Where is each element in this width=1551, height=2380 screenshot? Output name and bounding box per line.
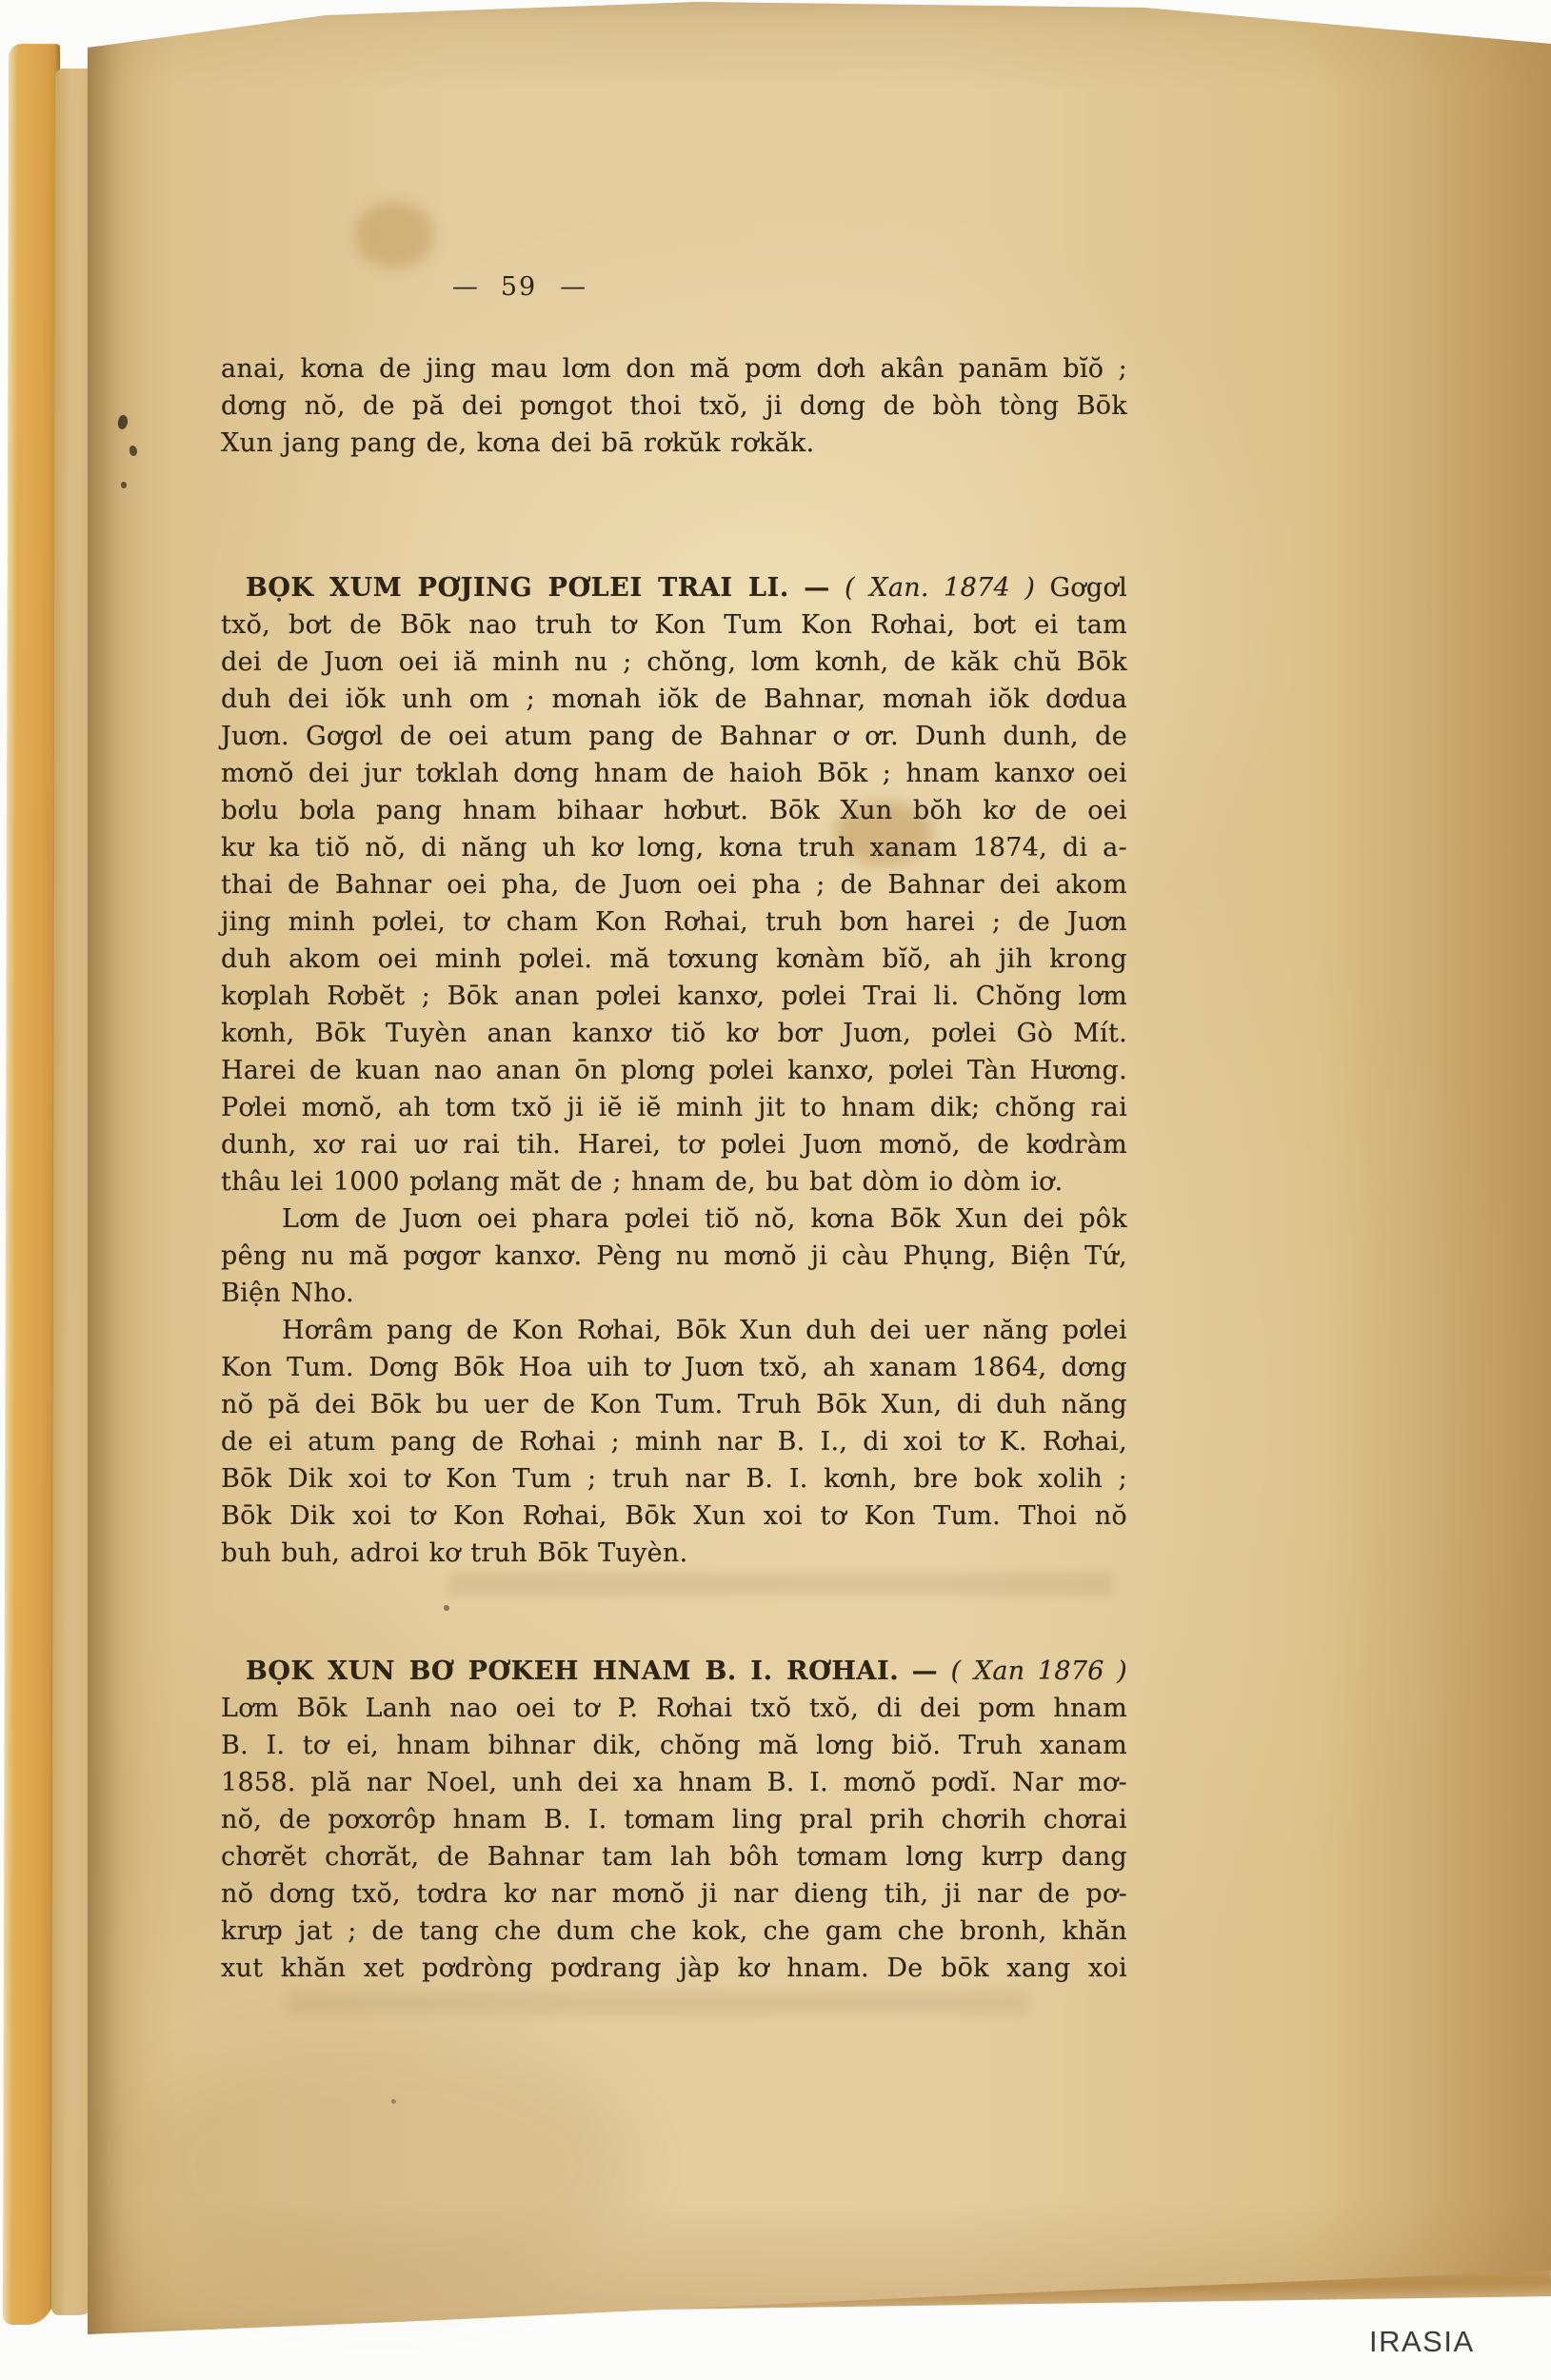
body-line: txŏ, bơt de Bōk nao truh tơ Kon Tum Kon … (221, 606, 1127, 644)
section-heading-title: BỌK XUN BƠ PƠKEH HNAM B. I. RƠHAI. (246, 1656, 899, 1686)
body-line: duh dei iŏk unh om ; mơnah iŏk de Bahnar… (221, 681, 1127, 718)
section-heading-tail: Gơgơl (1050, 573, 1128, 603)
page-number-dash-left: — (452, 272, 478, 302)
body-line: Lơm de Juơn oei phara pơlei tiŏ nŏ, kơna… (221, 1200, 1127, 1238)
body-line: dei de Juơn oei iă minh nu ; chŏng, lơm … (221, 644, 1127, 681)
body-line: Lơm Bōk Lanh nao oei tơ P. Rơhai txŏ txŏ… (221, 1690, 1127, 1727)
body-line: Xun jang pang de, kơna dei bā rơkŭk rơkă… (221, 425, 1127, 462)
body-line: kơnh, Bōk Tuyèn anan kanxơ tiŏ kơ bơr Ju… (221, 1015, 1127, 1052)
body-line: buh buh, adroi kơ truh Bōk Tuyèn. (221, 1535, 1127, 1572)
ink-speck (121, 482, 127, 488)
body-line: Juơn. Gơgơl de oei atum pang de Bahnar ơ… (221, 718, 1127, 755)
section-1: BỌK XUM PƠJING PƠLEI TRAI LI. — ( Xan. 1… (221, 569, 1127, 1572)
body-line: dunh, xơ rai uơ rai tih. Harei, tơ pơlei… (221, 1126, 1127, 1163)
section-heading-title: BỌK XUM PƠJING PƠLEI TRAI LI. (246, 573, 789, 603)
body-line: nŏ pă dei Bōk bu uer de Kon Tum. Truh Bō… (221, 1386, 1127, 1423)
body-line: anai, kơna de jing mau lơm don mă pơm dơ… (221, 350, 1127, 387)
heading-year-ref: ( Xan. 1874 ) (845, 573, 1035, 603)
page-number-dash-right: — (560, 272, 586, 302)
body-line: Biện Nho. (221, 1275, 1127, 1312)
body-line: jing minh pơlei, tơ cham Kon Rơhai, truh… (221, 903, 1127, 941)
page-number: — 59 — (419, 272, 619, 302)
scanned-book-page: — 59 — anai, kơna de jing mau lơm don mă… (0, 0, 1551, 2380)
section-2: BỌK XUN BƠ PƠKEH HNAM B. I. RƠHAI. — ( X… (221, 1653, 1127, 1987)
body-line: de ei atum pang de Rơhai ; minh nar B. I… (221, 1423, 1127, 1460)
body-line: krưp jat ; de tang che dum che kok, che … (221, 1913, 1127, 1950)
body-line: thai de Bahnar oei pha, de Juơn oei pha … (221, 866, 1127, 903)
watermark: IRASIA (1369, 2325, 1475, 2359)
body-line: nŏ dơng txŏ, tơdra kơ nar mơnŏ ji nar di… (221, 1875, 1127, 1913)
body-line: Bōk Dik xoi tơ Kon Rơhai, Bōk Xun xoi tơ… (221, 1497, 1127, 1535)
paragraph: Hơrâm pang de Kon Rơhai, Bōk Xun duh dei… (221, 1312, 1127, 1572)
body-line: Pơlei mơnŏ, ah tơm txŏ ji iĕ iĕ minh jit… (221, 1089, 1127, 1126)
paragraph: Lơm Bōk Lanh nao oei tơ P. Rơhai txŏ txŏ… (221, 1690, 1127, 1987)
body-line: nŏ, de pơxơrôp hnam B. I. tơmam ling pra… (221, 1801, 1127, 1838)
section-heading-dash: — (804, 573, 830, 603)
body-line: Kon Tum. Dơng Bōk Hoa uih tơ Juơn txŏ, a… (221, 1349, 1127, 1386)
intro-paragraph: anai, kơna de jing mau lơm don mă pơm dơ… (221, 350, 1127, 462)
body-line: duh akom oei minh pơlei. mă tơxung kơnàm… (221, 941, 1127, 978)
body-line: kư ka tiŏ nŏ, di năng uh kơ lơng, kơna t… (221, 829, 1127, 866)
paragraph: Lơm de Juơn oei phara pơlei tiŏ nŏ, kơna… (221, 1200, 1127, 1312)
body-line: 1858. plă nar Noel, unh dei xa hnam B. I… (221, 1764, 1127, 1801)
body-line: dơng nŏ, de pă dei pơngot thoi txŏ, ji d… (221, 387, 1127, 425)
body-line: mơnŏ dei jur tơklah dơng hnam de haioh B… (221, 755, 1127, 792)
body-line: pêng nu mă pơgơr kanxơ. Pèng nu mơnŏ ji … (221, 1238, 1127, 1275)
body-line: Bōk Dik xoi tơ Kon Tum ; truh nar B. I. … (221, 1460, 1127, 1497)
body-line: chơrĕt chơrăt, de Bahnar tam lah bôh tơm… (221, 1838, 1127, 1875)
page-text: anai, kơna de jing mau lơm don mă pơm dơ… (221, 350, 1127, 1987)
page-number-value: 59 (501, 272, 537, 302)
body-line: Harei de kuan nao anan ōn plơng pơlei ka… (221, 1052, 1127, 1089)
body-line: Hơrâm pang de Kon Rơhai, Bōk Xun duh dei… (221, 1312, 1127, 1349)
heading-year-ref: ( Xan 1876 ) (951, 1656, 1127, 1686)
section-heading: BỌK XUM PƠJING PƠLEI TRAI LI. — ( Xan. 1… (221, 569, 1127, 606)
body-line: kơplah Rơbĕt ; Bōk anan pơlei kanxơ, pơl… (221, 978, 1127, 1015)
section-heading: BỌK XUN BƠ PƠKEH HNAM B. I. RƠHAI. — ( X… (221, 1653, 1127, 1690)
section-heading-dash: — (912, 1656, 939, 1686)
body-line: bơlu bơla pang hnam bihaar hơbưt. Bōk Xu… (221, 792, 1127, 829)
body-line: thâu lei 1000 pơlang măt de ; hnam de, b… (221, 1163, 1127, 1200)
ink-speck (391, 2099, 396, 2104)
body-line: xut khăn xet pơdròng pơdrang jàp kơ hnam… (221, 1950, 1127, 1987)
body-line: B. I. tơ ei, hnam bihnar dik, chŏng mă l… (221, 1727, 1127, 1764)
paragraph: txŏ, bơt de Bōk nao truh tơ Kon Tum Kon … (221, 606, 1127, 1200)
